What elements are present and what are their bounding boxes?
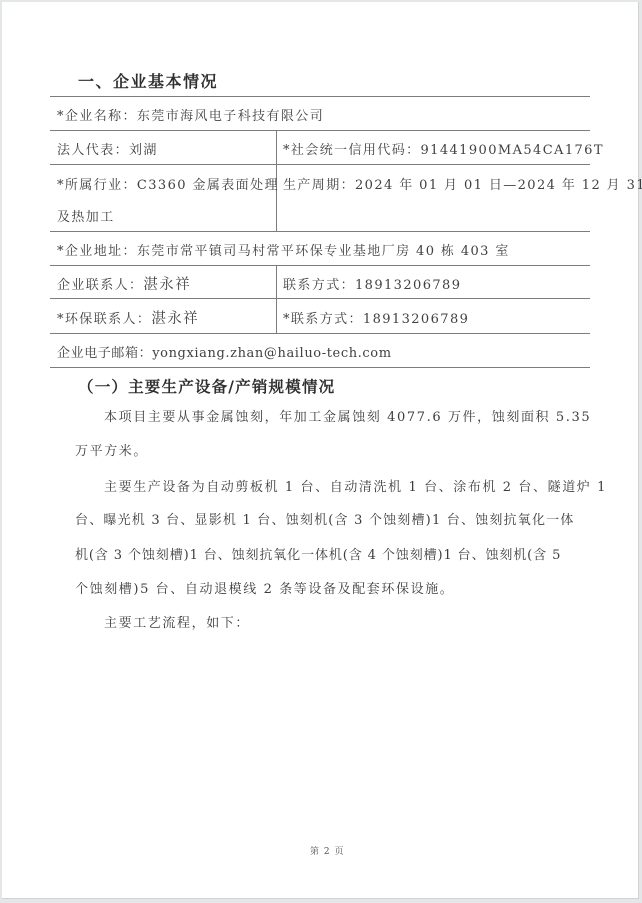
paragraph-equipment-line3: 机(含 3 个蚀刻槽)1 台、蚀刻抗氧化一体机(含 4 个蚀刻槽)1 台、蚀刻机… (75, 544, 561, 563)
section-heading-equipment: （一）主要生产设备/产销规模情况 (78, 375, 335, 397)
table-rule (50, 367, 590, 368)
table-rule (50, 298, 590, 299)
contact-person-label: 企业联系人： (57, 278, 143, 293)
email-cell: 企业电子邮箱：yongxiang.zhan@hailuo-tech.com (57, 342, 392, 361)
industry-cell-line1: *所属行业：C3360 金属表面处理 (57, 174, 279, 193)
env-contact-name: 湛永祥 (151, 311, 199, 327)
section-heading-basic-info: 一、企业基本情况 (78, 69, 218, 92)
paragraph-scale-line2: 万平方米。 (75, 440, 148, 459)
page-number: 第 2 页 (310, 844, 344, 857)
industry-cell-line2: 及热加工 (57, 206, 115, 225)
contact-person-cell: 企业联系人：湛永祥 (57, 273, 191, 294)
table-column-divider (276, 265, 277, 333)
company-name-cell: *企业名称：东莞市海风电子科技有限公司 (57, 105, 324, 124)
contact-person-name: 湛永祥 (143, 277, 191, 293)
paragraph-equipment-line1: 主要生产设备为自动剪板机 1 台、自动清洗机 1 台、涂布机 2 台、隧道炉 1 (104, 476, 607, 495)
env-contact-label: *环保联系人： (57, 312, 151, 327)
table-rule (50, 265, 590, 266)
production-period-cell: 生产周期：2024 年 01 月 01 日—2024 年 12 月 31 日 (283, 174, 642, 193)
paragraph-scale-line1: 本项目主要从事金属蚀刻，年加工金属蚀刻 4077.6 万件，蚀刻面积 5.35 (104, 406, 591, 425)
table-rule (50, 164, 590, 165)
paragraph-equipment-line4: 个蚀刻槽)5 台、自动退模线 2 条等设备及配套环保设施。 (75, 578, 454, 597)
credit-code-cell: *社会统一信用代码：91441900MA54CA176T (283, 139, 604, 158)
paragraph-equipment-line2: 台、曝光机 3 台、显影机 1 台、蚀刻机(含 3 个蚀刻槽)1 台、蚀刻抗氧化… (75, 509, 575, 528)
table-rule (50, 333, 590, 334)
table-rule (50, 231, 590, 232)
paragraph-process-intro: 主要工艺流程，如下： (104, 612, 250, 631)
contact-phone-cell: 联系方式：18913206789 (283, 274, 461, 293)
table-rule (50, 96, 590, 97)
table-rule (50, 130, 590, 131)
env-contact-phone-cell: *联系方式：18913206789 (283, 308, 469, 327)
address-cell: *企业地址：东莞市常平镇司马村常平环保专业基地厂房 40 栋 403 室 (57, 240, 510, 259)
legal-representative-cell: 法人代表：刘湖 (57, 139, 158, 158)
env-contact-cell: *环保联系人：湛永祥 (57, 307, 199, 328)
